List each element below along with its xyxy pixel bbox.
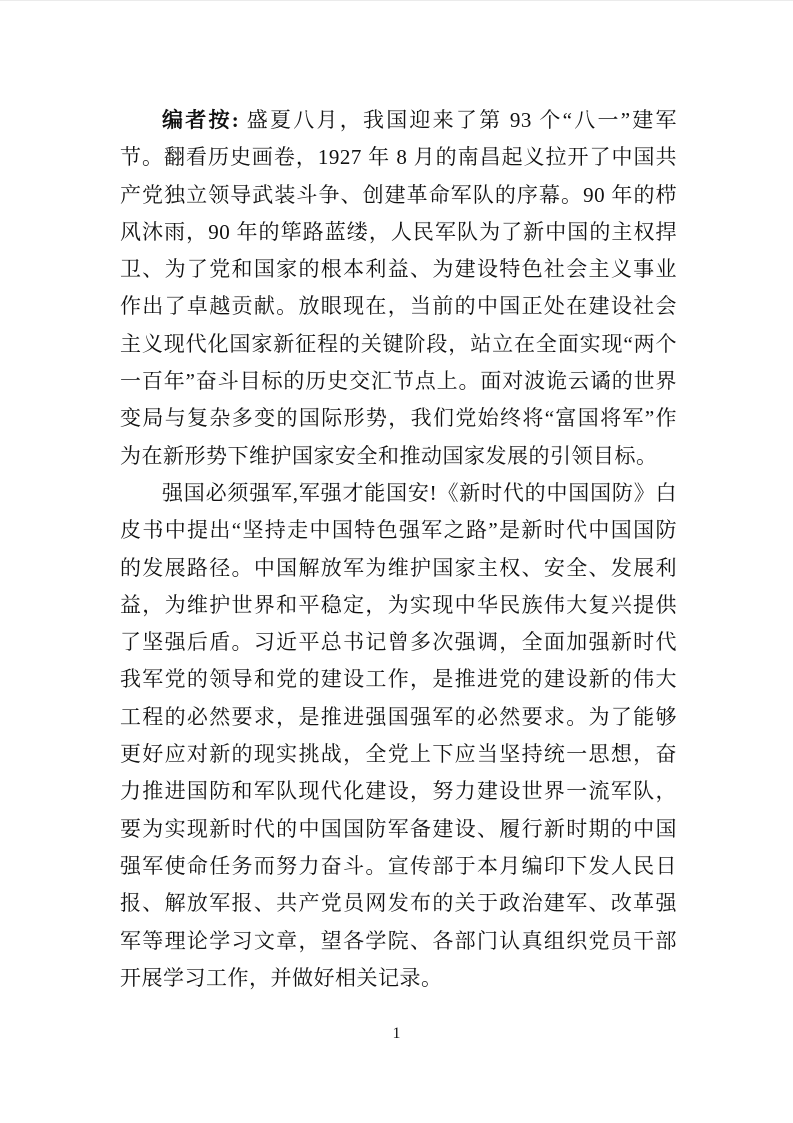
document-body: 编者按: 盛夏八月，我国迎来了第 93 个“八一”建军节。翻看历史画卷，1927… — [120, 102, 677, 997]
document-page: 编者按: 盛夏八月，我国迎来了第 93 个“八一”建军节。翻看历史画卷，1927… — [0, 0, 793, 1123]
paragraph: 强国必须强军,军强才能国安!《新时代的中国国防》白皮书中提出“坚持走中国特色强军… — [120, 475, 677, 997]
page-number: 1 — [0, 1023, 793, 1045]
paragraph: 编者按: 盛夏八月，我国迎来了第 93 个“八一”建军节。翻看历史画卷，1927… — [120, 102, 677, 475]
editors-note-label: 编者按: — [162, 108, 239, 132]
paragraph-text: 盛夏八月，我国迎来了第 93 个“八一”建军节。翻看历史画卷，1927 年 8 … — [120, 108, 677, 468]
paragraph-text: 强国必须强军,军强才能国安!《新时代的中国国防》白皮书中提出“坚持走中国特色强军… — [120, 481, 677, 990]
